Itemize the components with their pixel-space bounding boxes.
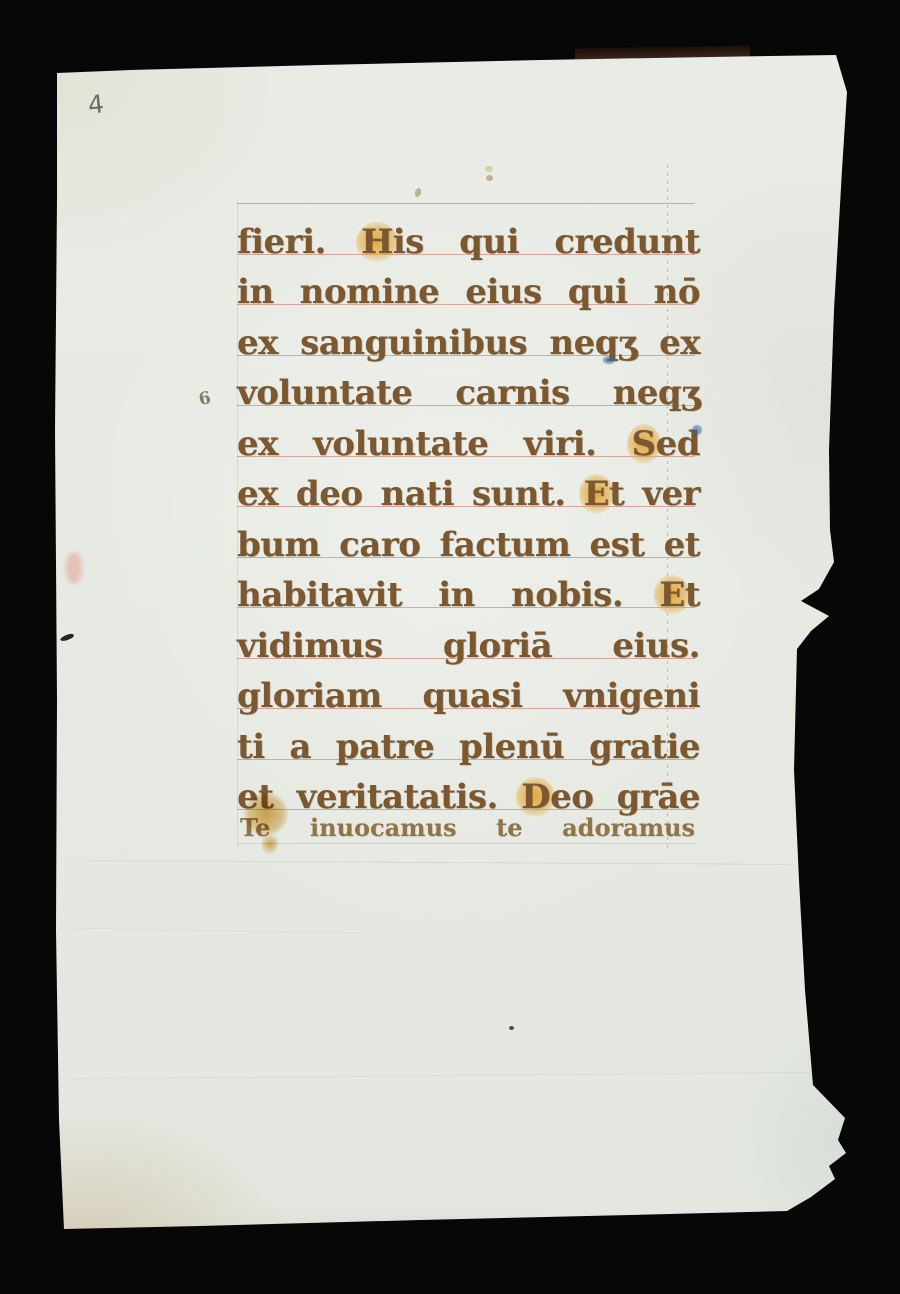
line-text: t xyxy=(685,575,700,615)
line-text: ex sanguinibus neqʒ ex xyxy=(237,323,700,363)
vellum-crease xyxy=(60,927,360,933)
ruling-line xyxy=(237,843,695,844)
vellum-crease xyxy=(90,860,790,865)
blue-ink-speck xyxy=(692,425,702,435)
line-text: vidimus gloriā eius. xyxy=(237,626,700,666)
line-text: eo grāe xyxy=(550,777,700,817)
line-text: bum caro factum est et xyxy=(237,525,700,565)
line-text: gloriam quasi vnigeni xyxy=(237,676,700,716)
text-line: ex deo nati sunt. Et ver xyxy=(237,474,700,514)
screenshot-root: { "leaf": { "folio_number": "4", "margin… xyxy=(0,0,900,1294)
ruling-line xyxy=(237,203,695,204)
line-text: voluntate carnis neqʒ xyxy=(237,373,700,413)
gold-stain xyxy=(244,792,288,836)
ink-speck xyxy=(414,187,423,198)
margin-mark: 6 xyxy=(197,388,213,410)
yellow-speck xyxy=(485,166,493,172)
pencil-folio-number: 4 xyxy=(87,89,106,120)
vellum-crease xyxy=(70,1072,830,1080)
line-text: t ver xyxy=(609,474,700,514)
text-line: gloriam quasi vnigeni xyxy=(237,676,700,716)
line-text: fieri. xyxy=(237,222,361,262)
line-text: ex deo nati sunt. xyxy=(237,474,584,514)
blue-ink-speck xyxy=(603,356,615,364)
manuscript-leaf: 4 6 fieri. His qui credunt in nomine eiu… xyxy=(0,0,900,1294)
line-text: in nomine eius qui nō xyxy=(237,272,700,312)
pink-smudge xyxy=(66,552,82,584)
text-line: fieri. His qui credunt xyxy=(237,222,700,262)
rubric-line: Te inuocamus te adoramus xyxy=(240,813,695,843)
line-text: habitavit in nobis. xyxy=(237,575,659,615)
text-line: bum caro factum est et xyxy=(237,525,700,565)
text-line: in nomine eius qui nō xyxy=(237,272,700,312)
gold-initial: H xyxy=(356,222,398,262)
text-line: ti a patre plenū gratie xyxy=(237,727,700,767)
dark-speck xyxy=(509,1026,514,1030)
ink-speck xyxy=(486,175,493,181)
gold-stain-drip xyxy=(262,832,278,856)
line-text: is qui credunt xyxy=(393,222,700,262)
text-line: ex sanguinibus neqʒ ex xyxy=(237,323,700,363)
text-line: ex voluntate viri. Sed xyxy=(237,424,700,464)
line-text: ex voluntate viri. xyxy=(237,424,632,464)
text-line: voluntate carnis neqʒ xyxy=(237,373,700,413)
text-line: habitavit in nobis. Et xyxy=(237,575,700,615)
line-text: ti a patre plenū gratie xyxy=(237,727,700,767)
text-line: et veritatatis. Deo grāe xyxy=(237,777,700,817)
edge-ink-mark xyxy=(60,633,75,642)
text-line: vidimus gloriā eius. xyxy=(237,626,700,666)
